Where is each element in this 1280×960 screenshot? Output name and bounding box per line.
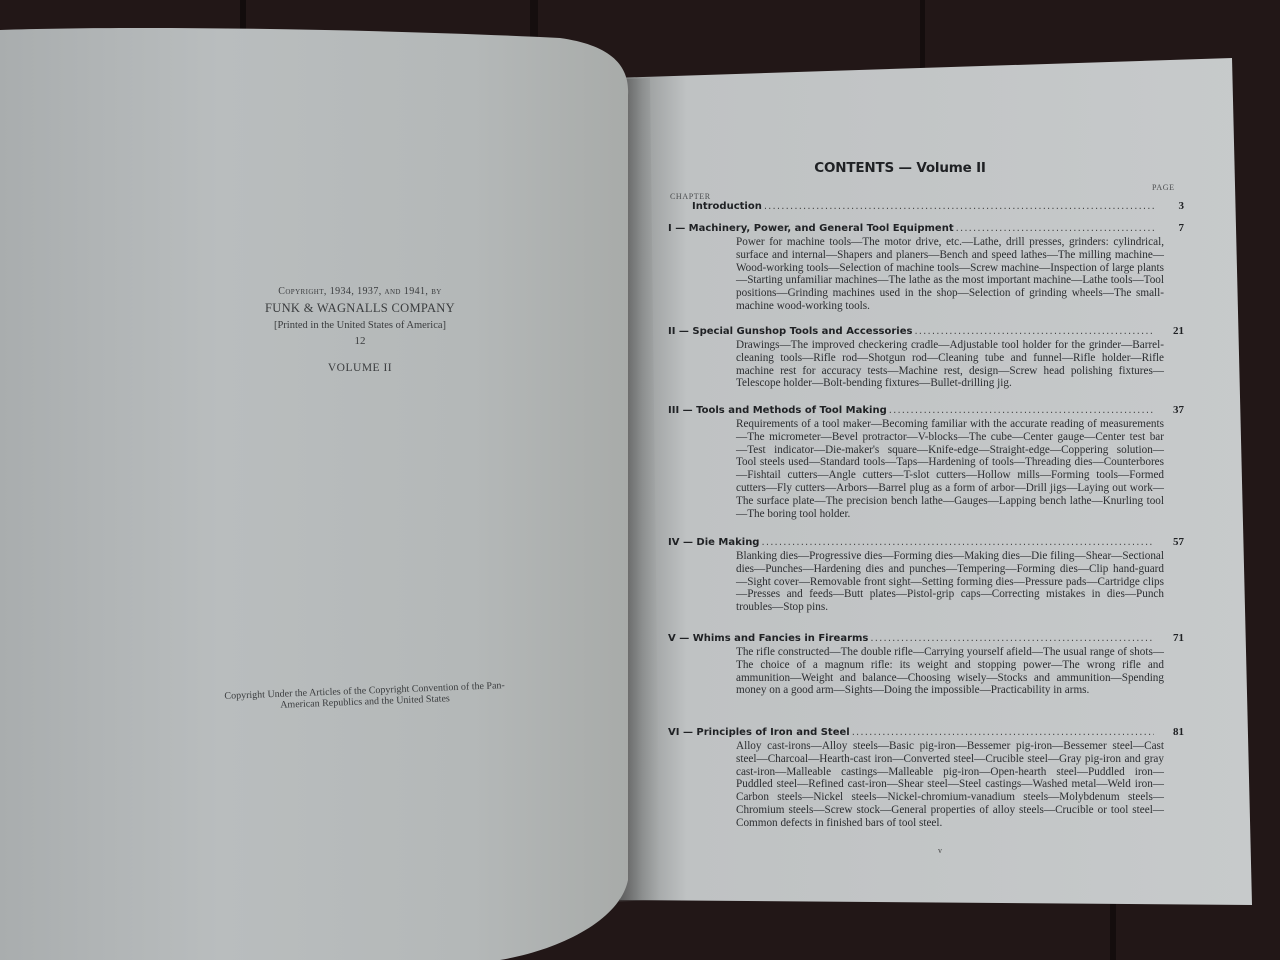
toc-entry-page: 81 [1158,726,1188,738]
toc-entry-description: The rifle constructed—The double rifle—C… [736,646,1164,697]
publisher-name: FUNK & WAGNALLS COMPANY [240,301,480,316]
toc-entry-chapter-1: I — Machinery, Power, and General Tool E… [668,222,1188,313]
toc-entry-page: 3 [1158,200,1188,212]
leader-dots [914,326,1154,337]
toc-entry-chapter-6: VI — Principles of Iron and Steel 81 All… [668,726,1188,830]
printing-number: 12 [240,335,480,347]
copyright-years: Copyright, 1934, 1937, and 1941, by [240,286,480,297]
toc-entry-page: 71 [1158,632,1188,644]
toc-entry-page: 37 [1158,404,1188,416]
toc-entry-title: II — Special Gunshop Tools and Accessori… [668,326,912,337]
toc-entry-description: Drawings—The improved checkering cradle—… [736,339,1164,390]
toc-entry-description: Alloy cast-irons—Alloy steels—Basic pig-… [736,740,1164,830]
leader-dots [761,537,1154,548]
page-folio: v [938,846,942,855]
toc-entry-title: Introduction [692,201,762,212]
leader-dots [889,405,1154,416]
toc-entry-description: Requirements of a tool maker—Becoming fa… [736,418,1164,520]
toc-entry-chapter-2: II — Special Gunshop Tools and Accessori… [668,325,1188,390]
page-column-label: PAGE [1152,183,1175,192]
toc-entry-page: 57 [1158,536,1188,548]
toc-entry-title: III — Tools and Methods of Tool Making [668,405,887,416]
toc-entry-chapter-5: V — Whims and Fancies in Firearms 71 The… [668,632,1188,697]
printed-in-note: [Printed in the United States of America… [240,320,480,331]
leader-dots [764,201,1154,212]
toc-entry-chapter-3: III — Tools and Methods of Tool Making 3… [668,404,1188,520]
toc-entry-description: Power for machine tools—The motor drive,… [736,236,1164,313]
leader-dots [852,727,1154,738]
toc-entry-title: IV — Die Making [668,537,759,548]
volume-label: VOLUME II [240,362,480,374]
left-page [0,28,628,960]
toc-entry-title: VI — Principles of Iron and Steel [668,727,850,738]
toc-entry-title: I — Machinery, Power, and General Tool E… [668,223,954,234]
toc-entry-chapter-4: IV — Die Making 57 Blanking dies—Progres… [668,536,1188,614]
toc-entry-description: Blanking dies—Progressive dies—Forming d… [736,550,1164,614]
toc-entry-page: 21 [1158,325,1188,337]
toc-entry-page: 7 [1158,222,1188,234]
contents-title: CONTENTS — Volume II [760,160,1040,176]
toc-entry-introduction: Introduction 3 [668,200,1188,214]
leader-dots [870,633,1154,644]
leader-dots [956,223,1154,234]
toc-entry-title: V — Whims and Fancies in Firearms [668,633,868,644]
